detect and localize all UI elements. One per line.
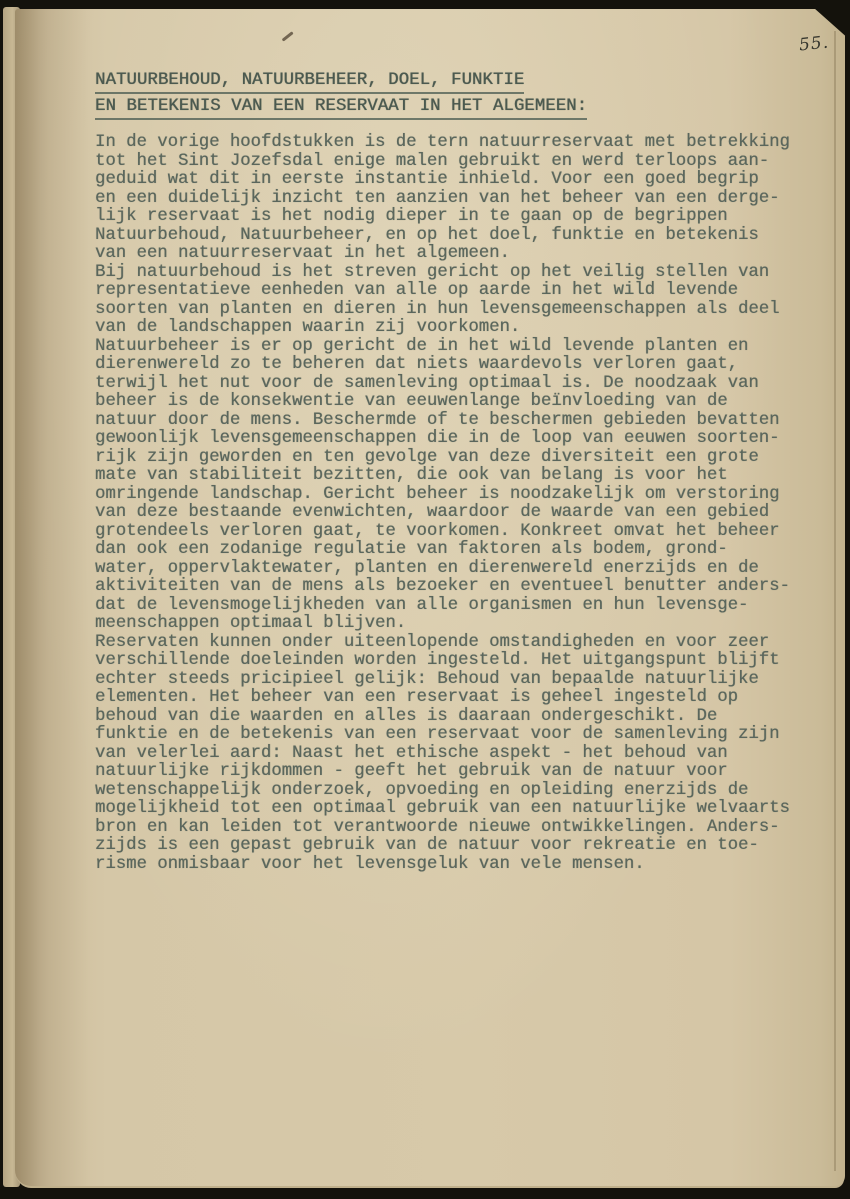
title-line-2: EN BETEKENIS VAN EEN RESERVAAT IN HET AL… (95, 96, 587, 120)
pencil-mark (282, 31, 294, 41)
scanned-page: 55. NATUURBEHOUD, NATUURBEHEER, DOEL, FU… (0, 0, 850, 1199)
gutter-shadow (15, 9, 89, 1186)
document-title: NATUURBEHOUD, NATUURBEHEER, DOEL, FUNKTI… (95, 70, 835, 122)
page-number: 55. (798, 32, 830, 55)
page-sheet: 55. NATUURBEHOUD, NATUURBEHEER, DOEL, FU… (15, 9, 845, 1186)
page-content: NATUURBEHOUD, NATUURBEHEER, DOEL, FUNKTI… (95, 70, 835, 874)
body-text: In de vorige hoofdstukken is de tern nat… (95, 134, 835, 874)
title-line-1: NATUURBEHOUD, NATUURBEHEER, DOEL, FUNKTI… (95, 70, 524, 94)
